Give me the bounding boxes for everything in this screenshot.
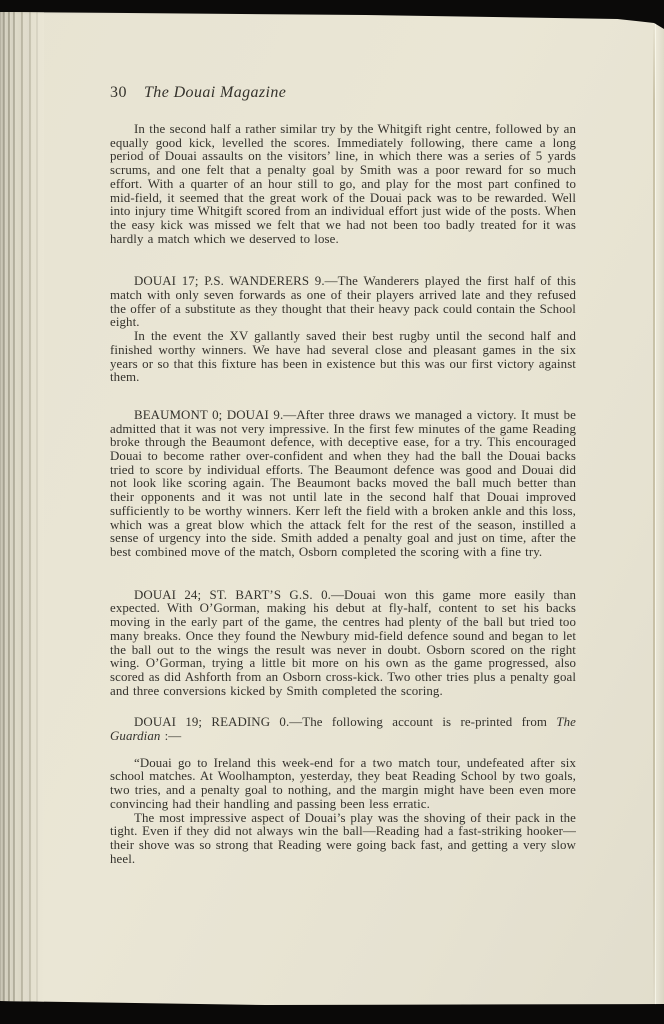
page-crease xyxy=(653,22,655,1014)
reading-intro-text: DOUAI 19; READING 0.—The following accou… xyxy=(134,715,556,729)
stacked-page-edges xyxy=(0,0,44,1024)
right-page-margin xyxy=(655,0,664,1024)
reading-intro-punctuation: :— xyxy=(160,729,181,743)
paragraph-wanderers-report: DOUAI 17; P.S. WANDERERS 9.—The Wanderer… xyxy=(110,275,576,330)
page-number: 30 xyxy=(110,84,127,102)
magazine-title: The Douai Magazine xyxy=(144,84,286,102)
book-scan-backdrop: 30 The Douai Magazine In the second half… xyxy=(0,0,664,1024)
page-content: 30 The Douai Magazine In the second half… xyxy=(110,84,576,866)
paragraph-whitgift-match: In the second half a rather similar try … xyxy=(110,123,576,246)
paragraph-wanderers-report-2: In the event the XV gallantly saved thei… xyxy=(110,330,576,385)
magazine-page: 30 The Douai Magazine In the second half… xyxy=(0,0,664,1024)
paragraph-stbarts-report: DOUAI 24; ST. BART’S G.S. 0.—Douai won t… xyxy=(110,589,576,699)
paragraph-guardian-quote-1: “Douai go to Ireland this week-end for a… xyxy=(110,757,576,812)
page-header: 30 The Douai Magazine xyxy=(110,84,576,102)
paragraph-guardian-quote-2: The most impressive aspect of Douai’s pl… xyxy=(110,812,576,867)
paragraph-reading-intro: DOUAI 19; READING 0.—The following accou… xyxy=(110,716,576,743)
paragraph-beaumont-report: BEAUMONT 0; DOUAI 9.—After three draws w… xyxy=(110,409,576,560)
